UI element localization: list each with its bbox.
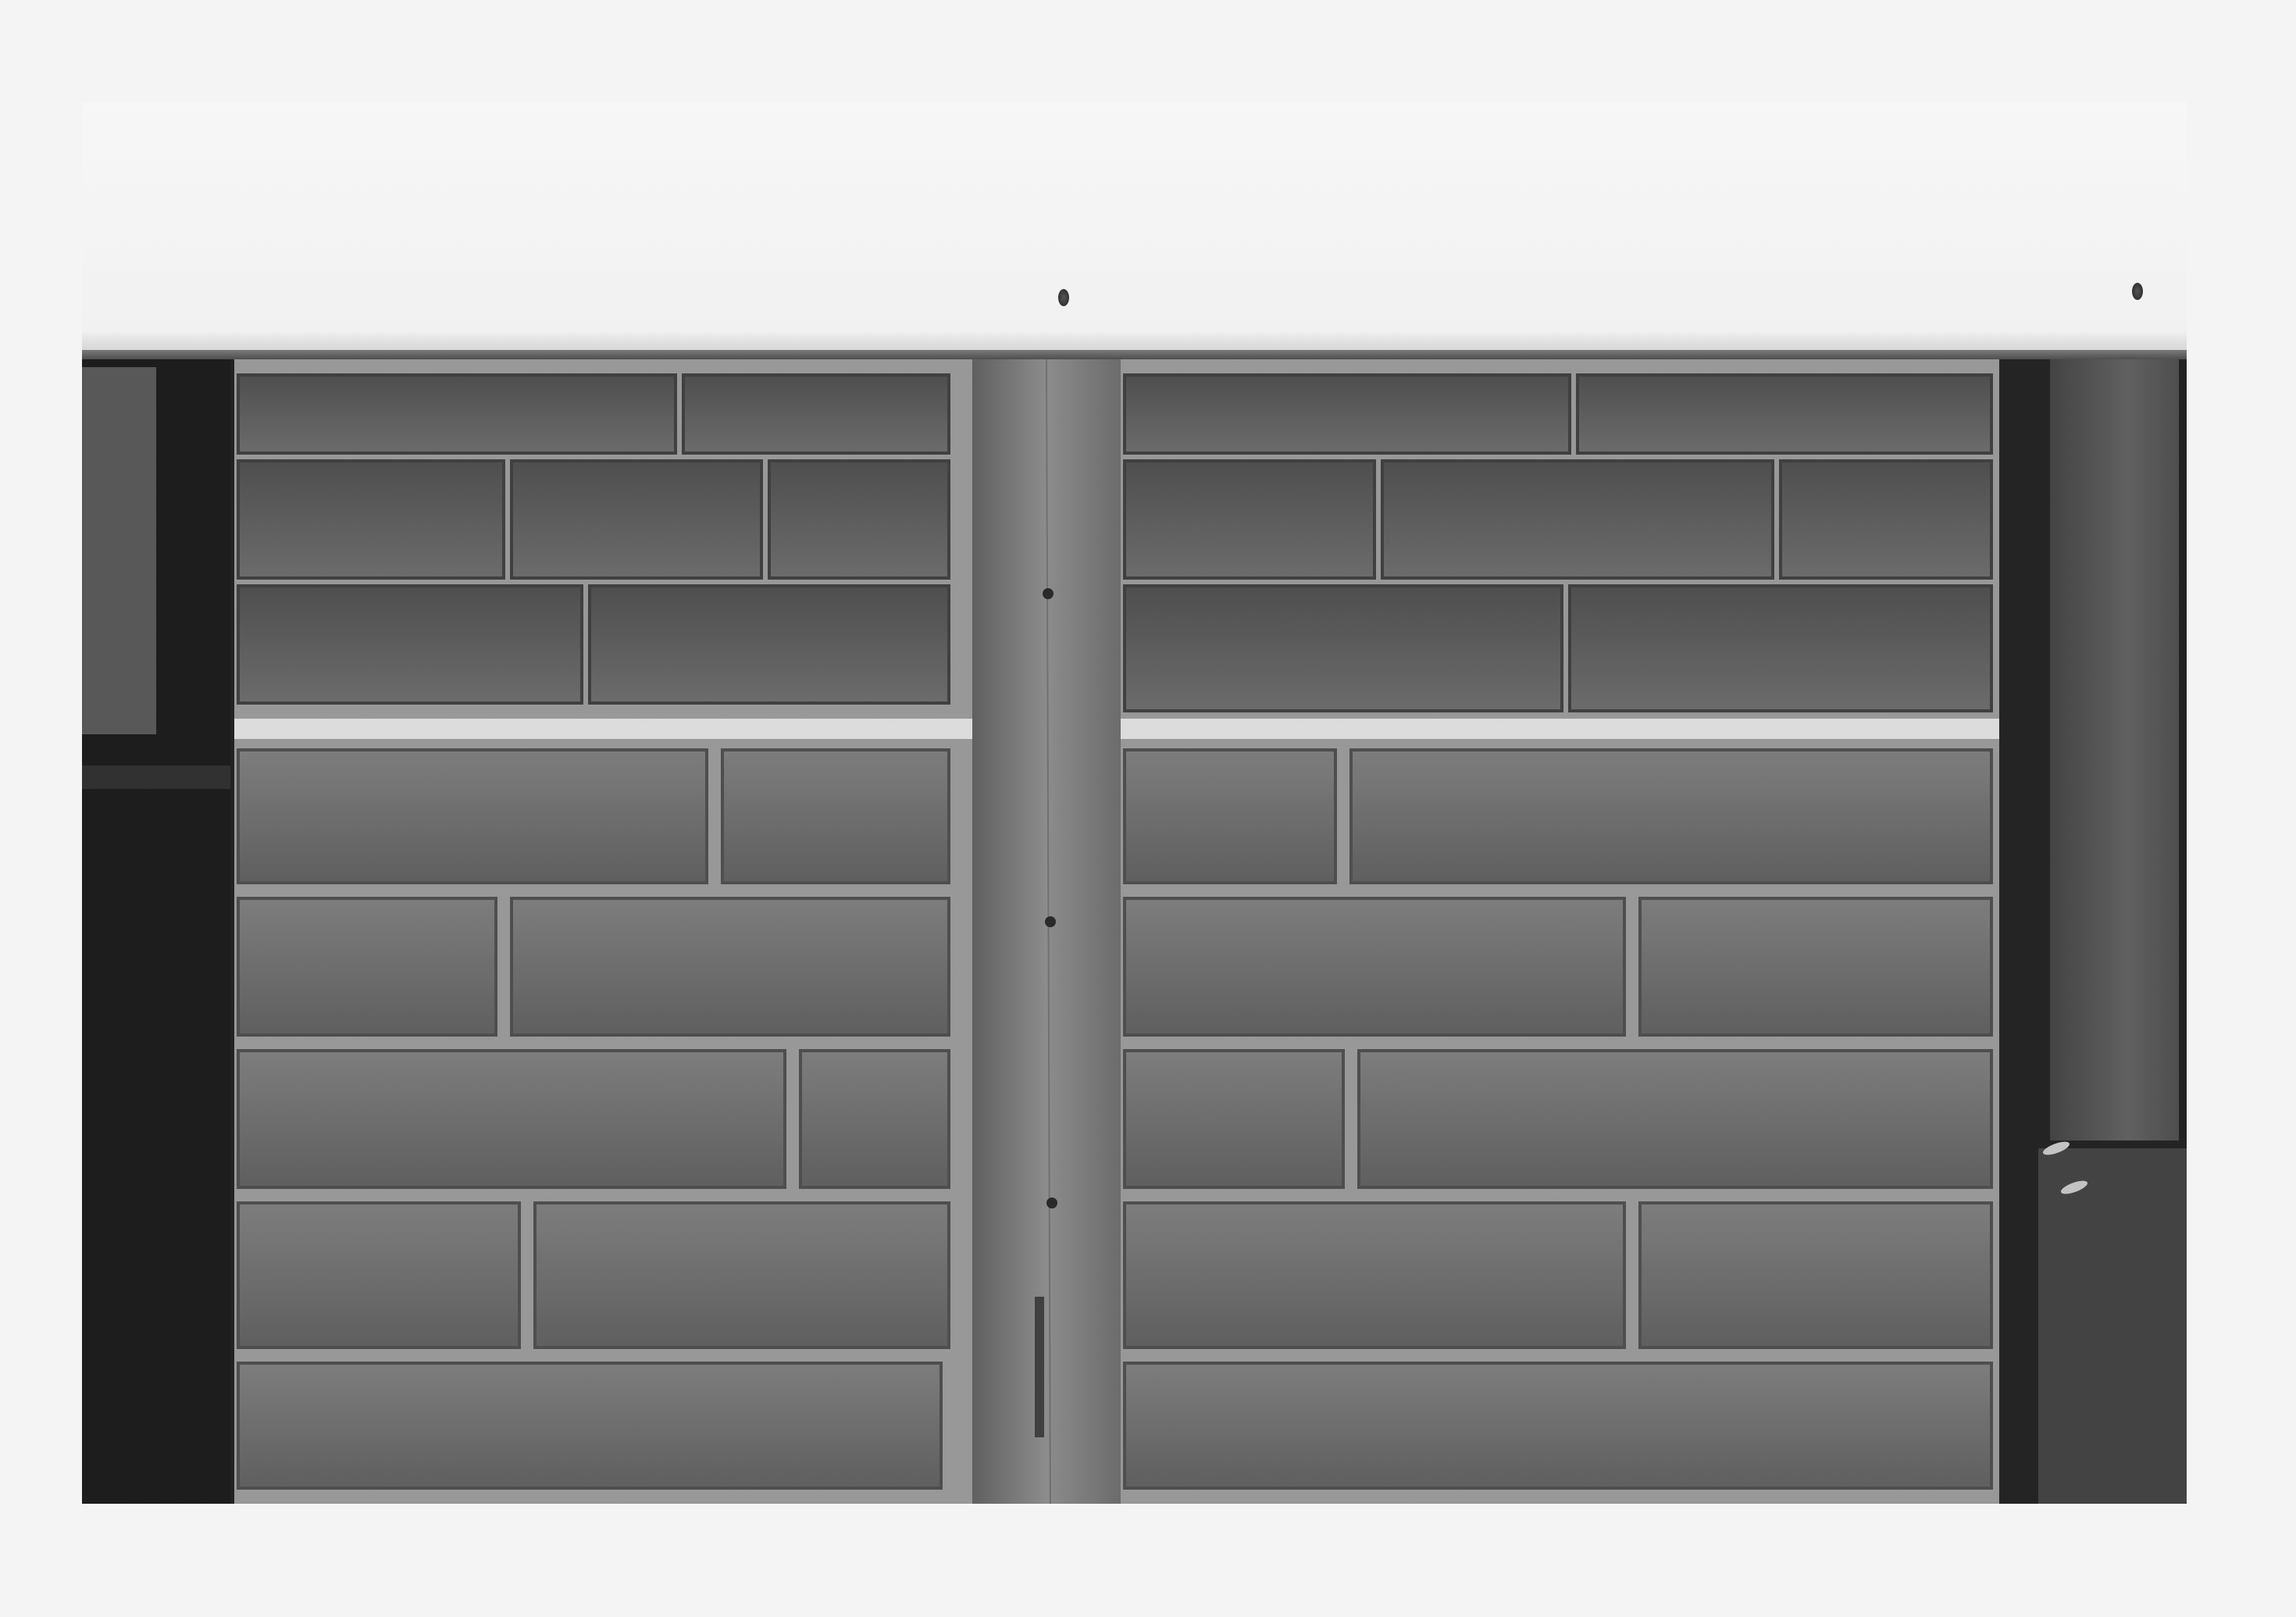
nail-head [1058,289,1069,306]
nail-head [2132,283,2143,300]
brick-wall [82,359,2187,1504]
photograph [82,102,2187,1504]
painted-board [82,102,2187,355]
